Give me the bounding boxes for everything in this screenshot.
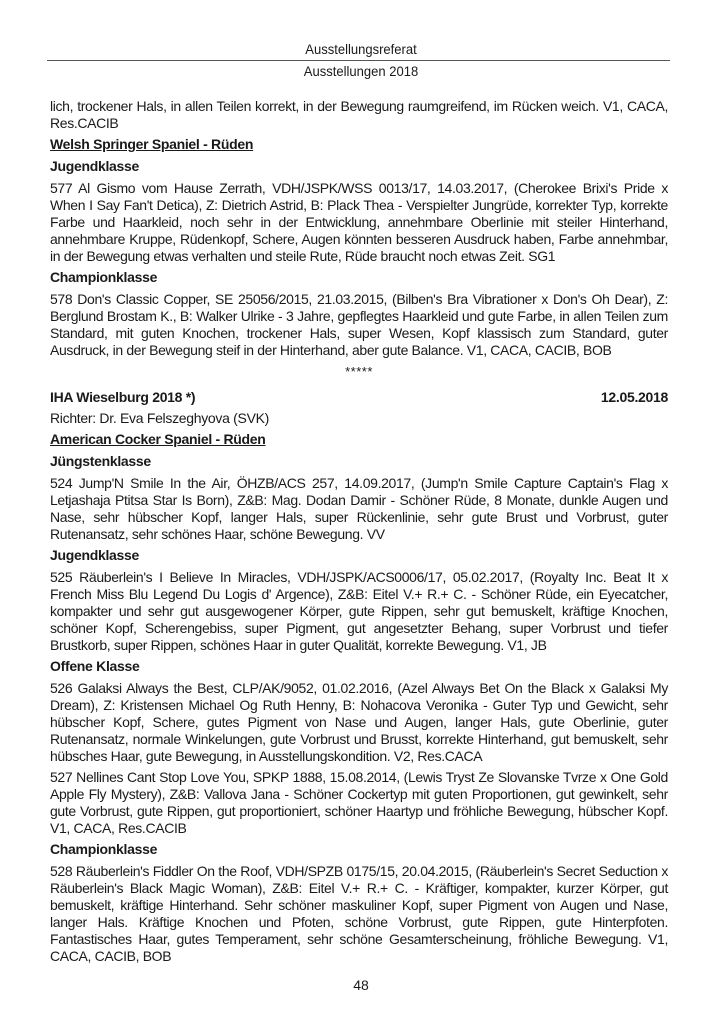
section-separator: *****: [50, 363, 668, 380]
running-header-title: Ausstellungsreferat: [25, 41, 696, 57]
show-name: IHA Wieselburg 2018 *): [50, 389, 195, 406]
class-heading: Jugendklasse: [50, 158, 668, 175]
entry-528: 528 Räuberlein's Fiddler On the Roof, VD…: [50, 863, 668, 965]
show-heading: IHA Wieselburg 2018 *) 12.05.2018: [50, 389, 668, 406]
entry-578: 578 Don's Classic Copper, SE 25056/2015,…: [50, 291, 668, 359]
page-number: 48: [0, 977, 722, 993]
continuation-paragraph: lich, trockener Hals, in allen Teilen ko…: [50, 98, 668, 132]
entry-524: 524 Jump'N Smile In the Air, ÖHZB/ACS 25…: [50, 475, 668, 543]
judge-line: Richter: Dr. Eva Felszeghyova (SVK): [50, 410, 668, 427]
breed-heading-american-cocker: American Cocker Spaniel - Rüden: [50, 431, 668, 448]
page-body: lich, trockener Hals, in allen Teilen ko…: [50, 98, 668, 969]
entry-526: 526 Galaksi Always the Best, CLP/AK/9052…: [50, 680, 668, 765]
breed-heading-welsh-springer: Welsh Springer Spaniel - Rüden: [50, 136, 668, 153]
class-heading: Jüngstenklasse: [50, 453, 668, 470]
entry-577: 577 Al Gismo vom Hause Zerrath, VDH/JSPK…: [50, 180, 668, 265]
running-header-subtitle: Ausstellungen 2018: [25, 63, 696, 79]
class-heading: Championklasse: [50, 269, 668, 286]
class-heading: Championklasse: [50, 841, 668, 858]
show-date: 12.05.2018: [601, 389, 668, 406]
entry-527: 527 Nellines Cant Stop Love You, SPKP 18…: [50, 769, 668, 837]
entry-525: 525 Räuberlein's I Believe In Miracles, …: [50, 569, 668, 654]
class-heading: Offene Klasse: [50, 658, 668, 675]
class-heading: Jugendklasse: [50, 547, 668, 564]
header-rule: [47, 60, 670, 61]
